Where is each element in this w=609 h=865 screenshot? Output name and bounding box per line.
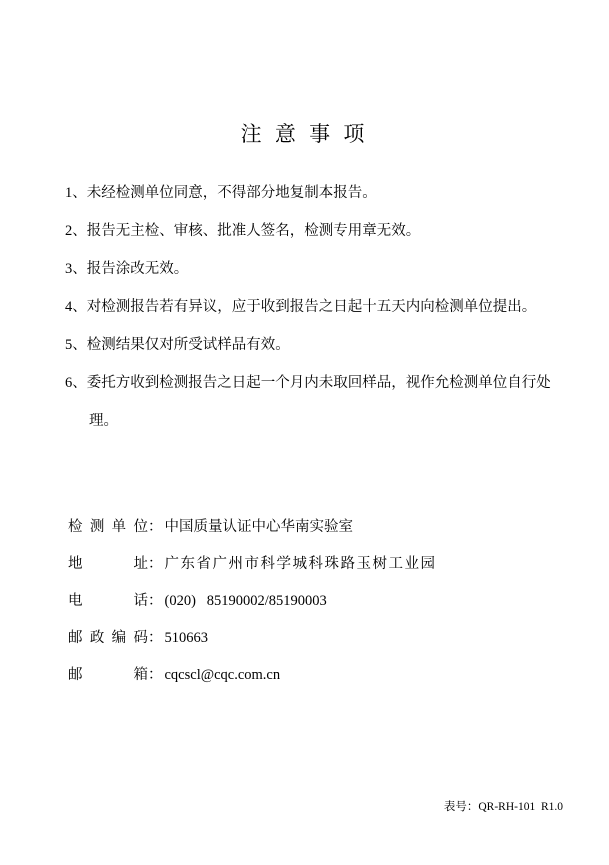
contact-colon: ： — [148, 657, 163, 694]
notice-list: 1、未经检测单位同意，不得部分地复制本报告。 2、报告无主检、审核、批准人签名，… — [65, 174, 565, 440]
notice-text: 未经检测单位同意，不得部分地复制本报告。 — [87, 185, 377, 201]
form-number-footer: 表号：QR-RH-101 R1.0 — [444, 800, 563, 815]
contact-label: 地址 — [68, 546, 148, 583]
email-value: cqcscl@cqc.com.cn — [165, 657, 281, 694]
notice-text: 检测结果仅对所受试样品有效。 — [87, 337, 290, 353]
contact-row-unit: 检测单位：中国质量认证中心华南实验室 — [68, 509, 548, 546]
notice-number: 3、 — [65, 261, 87, 277]
phone-value: (020) 85190002/85190003 — [165, 583, 327, 620]
notice-text: 报告无主检、审核、批准人签名，检测专用章无效。 — [87, 223, 421, 239]
notice-item: 6、委托方收到检测报告之日起一个月内未取回样品，视作允检测单位自行处理。 — [65, 364, 565, 440]
contact-row-email: 邮箱：cqcscl@cqc.com.cn — [68, 657, 548, 694]
postcode-value: 510663 — [165, 620, 209, 657]
contact-label: 邮箱 — [68, 657, 148, 694]
testing-unit-value: 中国质量认证中心华南实验室 — [165, 509, 354, 546]
contact-colon: ： — [148, 509, 163, 546]
notice-text: 委托方收到检测报告之日起一个月内未取回样品，视作允检测单位自行处理。 — [87, 375, 551, 429]
contact-label: 检测单位 — [68, 509, 148, 546]
notice-number: 4、 — [65, 299, 87, 315]
notice-item: 1、未经检测单位同意，不得部分地复制本报告。 — [65, 174, 565, 212]
contact-row-postcode: 邮政编码：510663 — [68, 620, 548, 657]
contact-colon: ： — [148, 546, 163, 583]
notice-number: 2、 — [65, 223, 87, 239]
notice-item: 3、报告涂改无效。 — [65, 250, 565, 288]
document-page: 注 意 事 项 1、未经检测单位同意，不得部分地复制本报告。 2、报告无主检、审… — [0, 0, 609, 865]
contact-row-address: 地址：广东省广州市科学城科珠路玉树工业园 — [68, 546, 548, 583]
notice-item: 5、检测结果仅对所受试样品有效。 — [65, 326, 565, 364]
notice-number: 5、 — [65, 337, 87, 353]
notice-item: 2、报告无主检、审核、批准人签名，检测专用章无效。 — [65, 212, 565, 250]
contact-label: 电话 — [68, 583, 148, 620]
contact-row-phone: 电话：(020) 85190002/85190003 — [68, 583, 548, 620]
notice-item: 4、对检测报告若有异议，应于收到报告之日起十五天内向检测单位提出。 — [65, 288, 565, 326]
notice-text: 报告涂改无效。 — [87, 261, 189, 277]
notice-number: 1、 — [65, 185, 87, 201]
contact-colon: ： — [148, 583, 163, 620]
notice-number: 6、 — [65, 375, 87, 391]
contact-colon: ： — [148, 620, 163, 657]
notice-text: 对检测报告若有异议，应于收到报告之日起十五天内向检测单位提出。 — [87, 299, 537, 315]
page-title: 注 意 事 项 — [0, 121, 609, 147]
address-value: 广东省广州市科学城科珠路玉树工业园 — [165, 546, 437, 583]
contact-block: 检测单位：中国质量认证中心华南实验室 地址：广东省广州市科学城科珠路玉树工业园 … — [68, 509, 548, 694]
contact-label: 邮政编码 — [68, 620, 148, 657]
